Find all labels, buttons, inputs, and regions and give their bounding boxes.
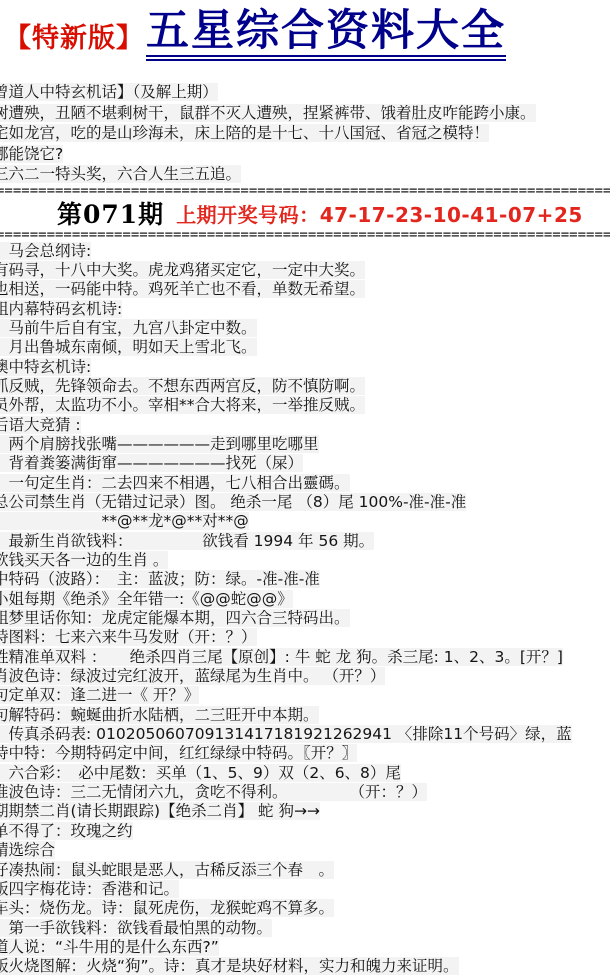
- issue-row: 第071期 上期开奖号码：47-17-23-10-41-07+25: [0, 198, 610, 229]
- text-line: 仔凑热闹：鼠头蛇眼是恶人，古稀反添三个春 。: [0, 861, 610, 880]
- text-line: 单不得了：玫瑰之约: [0, 822, 610, 841]
- text-line: 三六二一特头奖，六合人生三五追。: [0, 164, 610, 185]
- text-line: ：月出鲁城东南倾，明如天上雪北飞。: [0, 338, 610, 357]
- text-line: 姐内幕特码玄机诗:: [0, 300, 610, 319]
- text-line: 传真杀码表: 010205060709131417181921262941 〈排…: [0, 725, 610, 744]
- text-line: 马会总纲诗:: [0, 242, 610, 261]
- text-line: 有码寻，十八中大奖。虎龙鸡猪买定它，一定中大奖。: [0, 261, 610, 280]
- text-line: 宅如龙宫，吃的是山珍海未，床上陪的是十七、十八国冠、省冠之模特！: [0, 123, 610, 144]
- text-line: 肖波色诗：绿波过完红波开，蓝绿尾为生肖中。 （开？）: [0, 667, 610, 686]
- text-line: 曾道人中特玄机话】（及解上期）: [0, 82, 610, 103]
- text-line: ：马前牛后自有宝，九宫八卦定中数。: [0, 319, 610, 338]
- last-draw-label: 上期开奖号码：: [176, 203, 320, 227]
- page-title: 五星综合资料大全: [146, 9, 506, 61]
- text-line: 期期禁二肖(请长期跟踪)【绝杀二肖】 蛇 狗→→: [0, 802, 610, 821]
- text-line: 姓精准单双料 ： 绝杀四肖三尾【原创】: 牛 蛇 龙 狗。杀三尾: 1、2、3。…: [0, 648, 610, 667]
- text-line: 道人说：“斗牛用的是什么东西?”: [0, 938, 610, 957]
- text-line: 后语大竞猜 :: [0, 416, 610, 435]
- masthead: 【特新版】 五星综合资料大全: [0, 0, 610, 66]
- text-line: 澳中特玄机诗:: [0, 358, 610, 377]
- text-line: 特图料：七来六来牛马发财（开：？）: [0, 628, 610, 647]
- text-line: 小姐每期《绝杀》全年错一:《@@蛇@@》: [0, 590, 610, 609]
- text-line: ：两个肩膀找张嘴——————走到哪里吃哪里: [0, 435, 610, 454]
- text-line: 欲钱买天各一边的生肖 。: [0, 551, 610, 570]
- text-line: 准波色诗：三二无情闭六九，贪吃不得利。 （开：？）: [0, 783, 610, 802]
- last-draw-numbers: 47-17-23-10-41-07+25: [320, 203, 583, 227]
- text-line: 句定单双：逢二进一《 开？》: [0, 686, 610, 705]
- body-section: 马会总纲诗:有码寻，十八中大奖。虎龙鸡猪买定它，一定中大奖。也相送，一码能中特。…: [0, 242, 610, 977]
- text-line: 员外帮，太监功不小。宰相**合大将来，一举推反贼。: [0, 396, 610, 415]
- separator-line-bottom: ========================================…: [0, 229, 610, 242]
- intro-section: 曾道人中特玄机话】（及解上期）树遭殃，丑陋不堪剩树干，鼠群不灭人遭殃，捏紧裤带、…: [0, 82, 610, 185]
- text-line: 精选综合: [0, 841, 610, 860]
- text-line: 哪能饶它?: [0, 144, 610, 165]
- page: 【特新版】 五星综合资料大全 曾道人中特玄机话】（及解上期）树遭殃，丑陋不堪剩树…: [0, 0, 610, 980]
- text-line: 诗中特：今期特码定中间，红红绿绿中特码。〖开？〗: [0, 744, 610, 763]
- text-line: 最新生肖欲钱料： 欲钱看 1994 年 56 期。: [0, 532, 610, 551]
- text-line: ；背着粪篓满街窜———————找死（屎）: [0, 454, 610, 473]
- text-line: 中特码（波路）： 主：蓝波；防：绿。-准-准-准: [0, 570, 610, 589]
- text-line: 句解特码：蜿蜒曲折水陆栖，二三旺开中本期。: [0, 706, 610, 725]
- text-line: 版火烧图解：火烧“狗”。诗：真才是块好材料，实力和魄力来证明。: [0, 957, 610, 976]
- issue-number: 第071期: [57, 195, 164, 231]
- text-line: 也相送，一码能中特。鸡死羊亡也不看，单数无希望。: [0, 280, 610, 299]
- text-line: 抓反贼，先锋领命去。不想东西两宫反，防不慎防啊。: [0, 377, 610, 396]
- text-line: 版四字梅花诗：香港和记。: [0, 880, 610, 899]
- last-draw: 上期开奖号码：47-17-23-10-41-07+25: [176, 199, 583, 228]
- text-line: 一句定生肖：二去四来不相遇，七八相合出靈碼。: [0, 474, 610, 493]
- edition-badge: 【特新版】: [4, 16, 144, 55]
- text-line: 第一手欲钱料：欲钱看最怕黑的动物。: [0, 919, 610, 938]
- text-line: 六合彩： 必中尾数：买单（1、5、9）双（2、6、8）尾: [0, 764, 610, 783]
- text-line: 姐梦里话你知：龙虎定能爆本期，四六合三特码出。: [0, 609, 610, 628]
- text-line: 车头：烧伤龙。诗：鼠死虎伤，龙猴蛇鸡不算多。: [0, 899, 610, 918]
- text-line: 树遭殃，丑陋不堪剩树干，鼠群不灭人遭殃，捏紧裤带、饿着肚皮咋能跨小康。: [0, 103, 610, 124]
- text-line: **@**龙*@**对**@: [0, 512, 610, 531]
- text-line: 总公司禁生肖（无错过记录）图。 绝杀一尾 （8）尾 100%-准-准-准: [0, 493, 610, 512]
